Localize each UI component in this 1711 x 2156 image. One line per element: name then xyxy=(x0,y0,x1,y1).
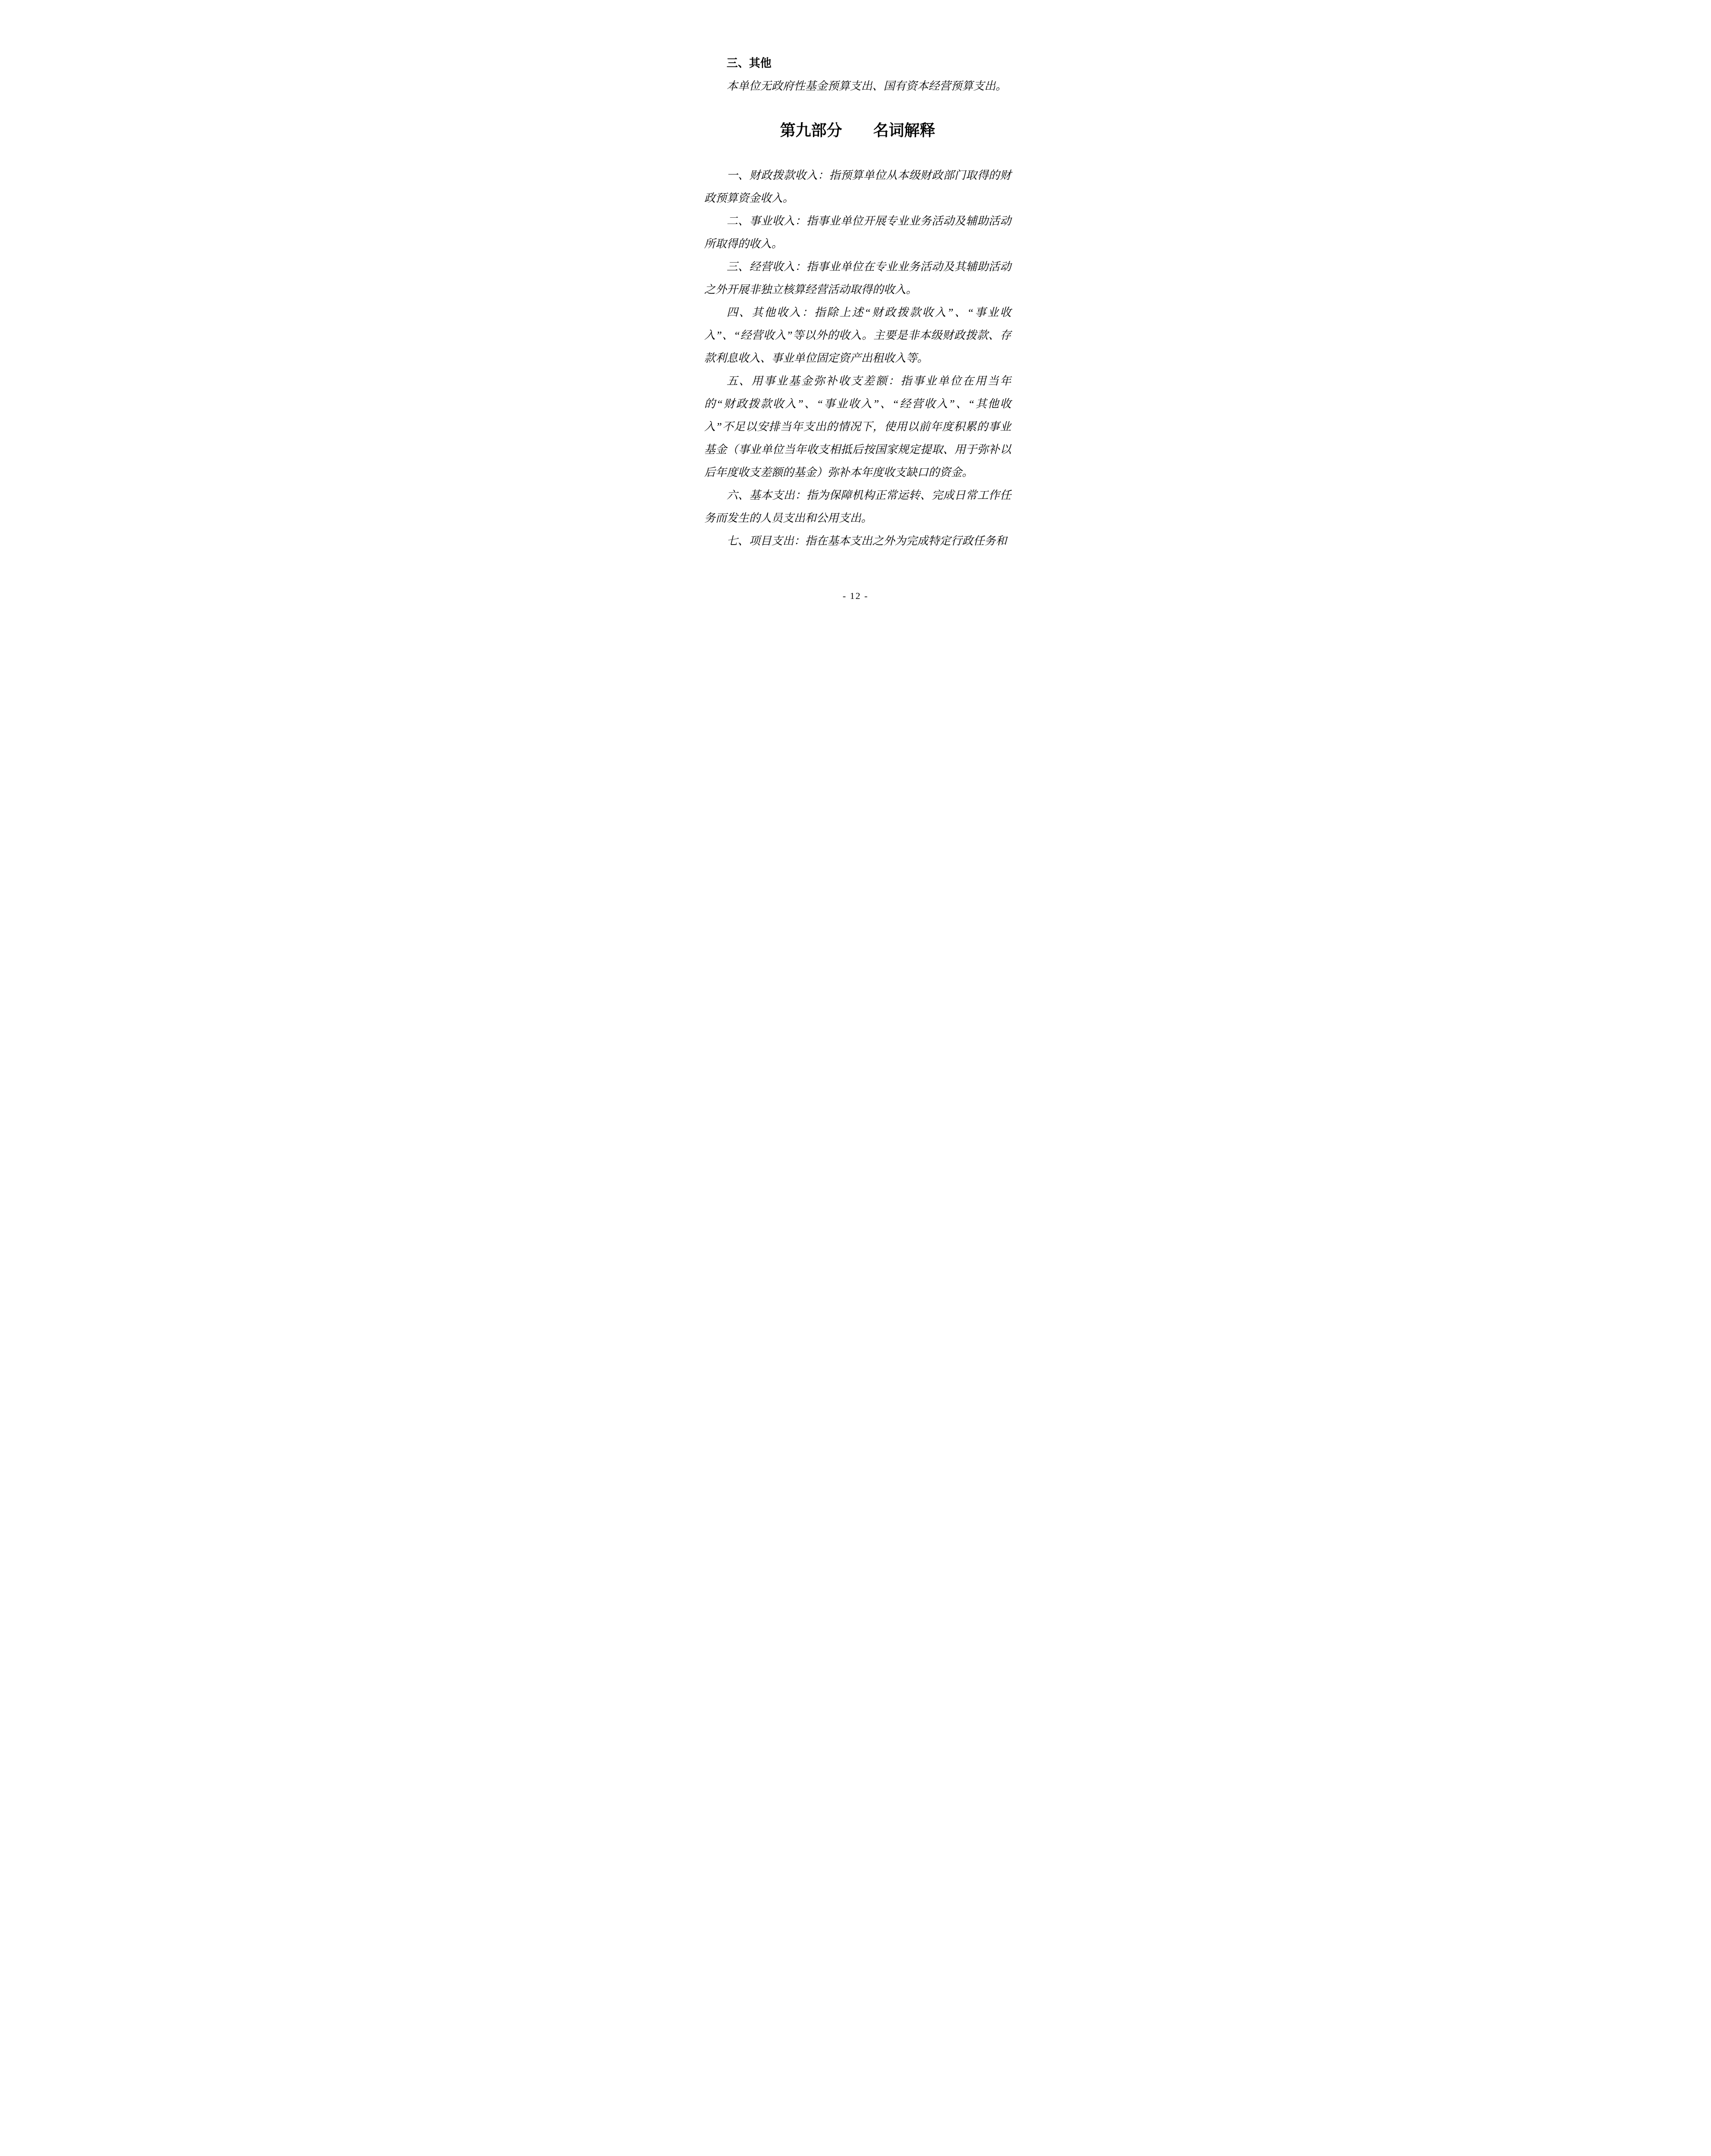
glossary-item: 六、基本支出：指为保障机构正常运转、完成日常工作任务而发生的人员支出和公用支出。 xyxy=(704,484,1011,530)
section-other-paragraph: 本单位无政府性基金预算支出、国有资本经营预算支出。 xyxy=(704,75,1011,97)
glossary-item: 三、经营收入：指事业单位在专业业务活动及其辅助活动之外开展非独立核算经营活动取得… xyxy=(704,255,1011,301)
glossary-item: 七、项目支出：指在基本支出之外为完成特定行政任务和 xyxy=(704,530,1011,552)
section-other-heading: 三、其他 xyxy=(704,52,1011,75)
glossary-item: 二、事业收入：指事业单位开展专业业务活动及辅助活动所取得的收入。 xyxy=(704,210,1011,255)
document-page: 三、其他 本单位无政府性基金预算支出、国有资本经营预算支出。 第九部分 名词解释… xyxy=(642,0,1070,605)
glossary-item: 一、财政拨款收入：指预算单位从本级财政部门取得的财政预算资金收入。 xyxy=(704,164,1011,210)
glossary-item: 四、其他收入：指除上述“财政拨款收入”、“事业收入”、“经营收入”等以外的收入。… xyxy=(704,301,1011,370)
document-content: 三、其他 本单位无政府性基金预算支出、国有资本经营预算支出。 第九部分 名词解释… xyxy=(704,52,1011,552)
part-title: 第九部分 名词解释 xyxy=(704,121,1011,140)
glossary-item: 五、用事业基金弥补收支差额：指事业单位在用当年的“财政拨款收入”、“事业收入”、… xyxy=(704,370,1011,484)
page-number: - 12 - xyxy=(642,591,1070,601)
